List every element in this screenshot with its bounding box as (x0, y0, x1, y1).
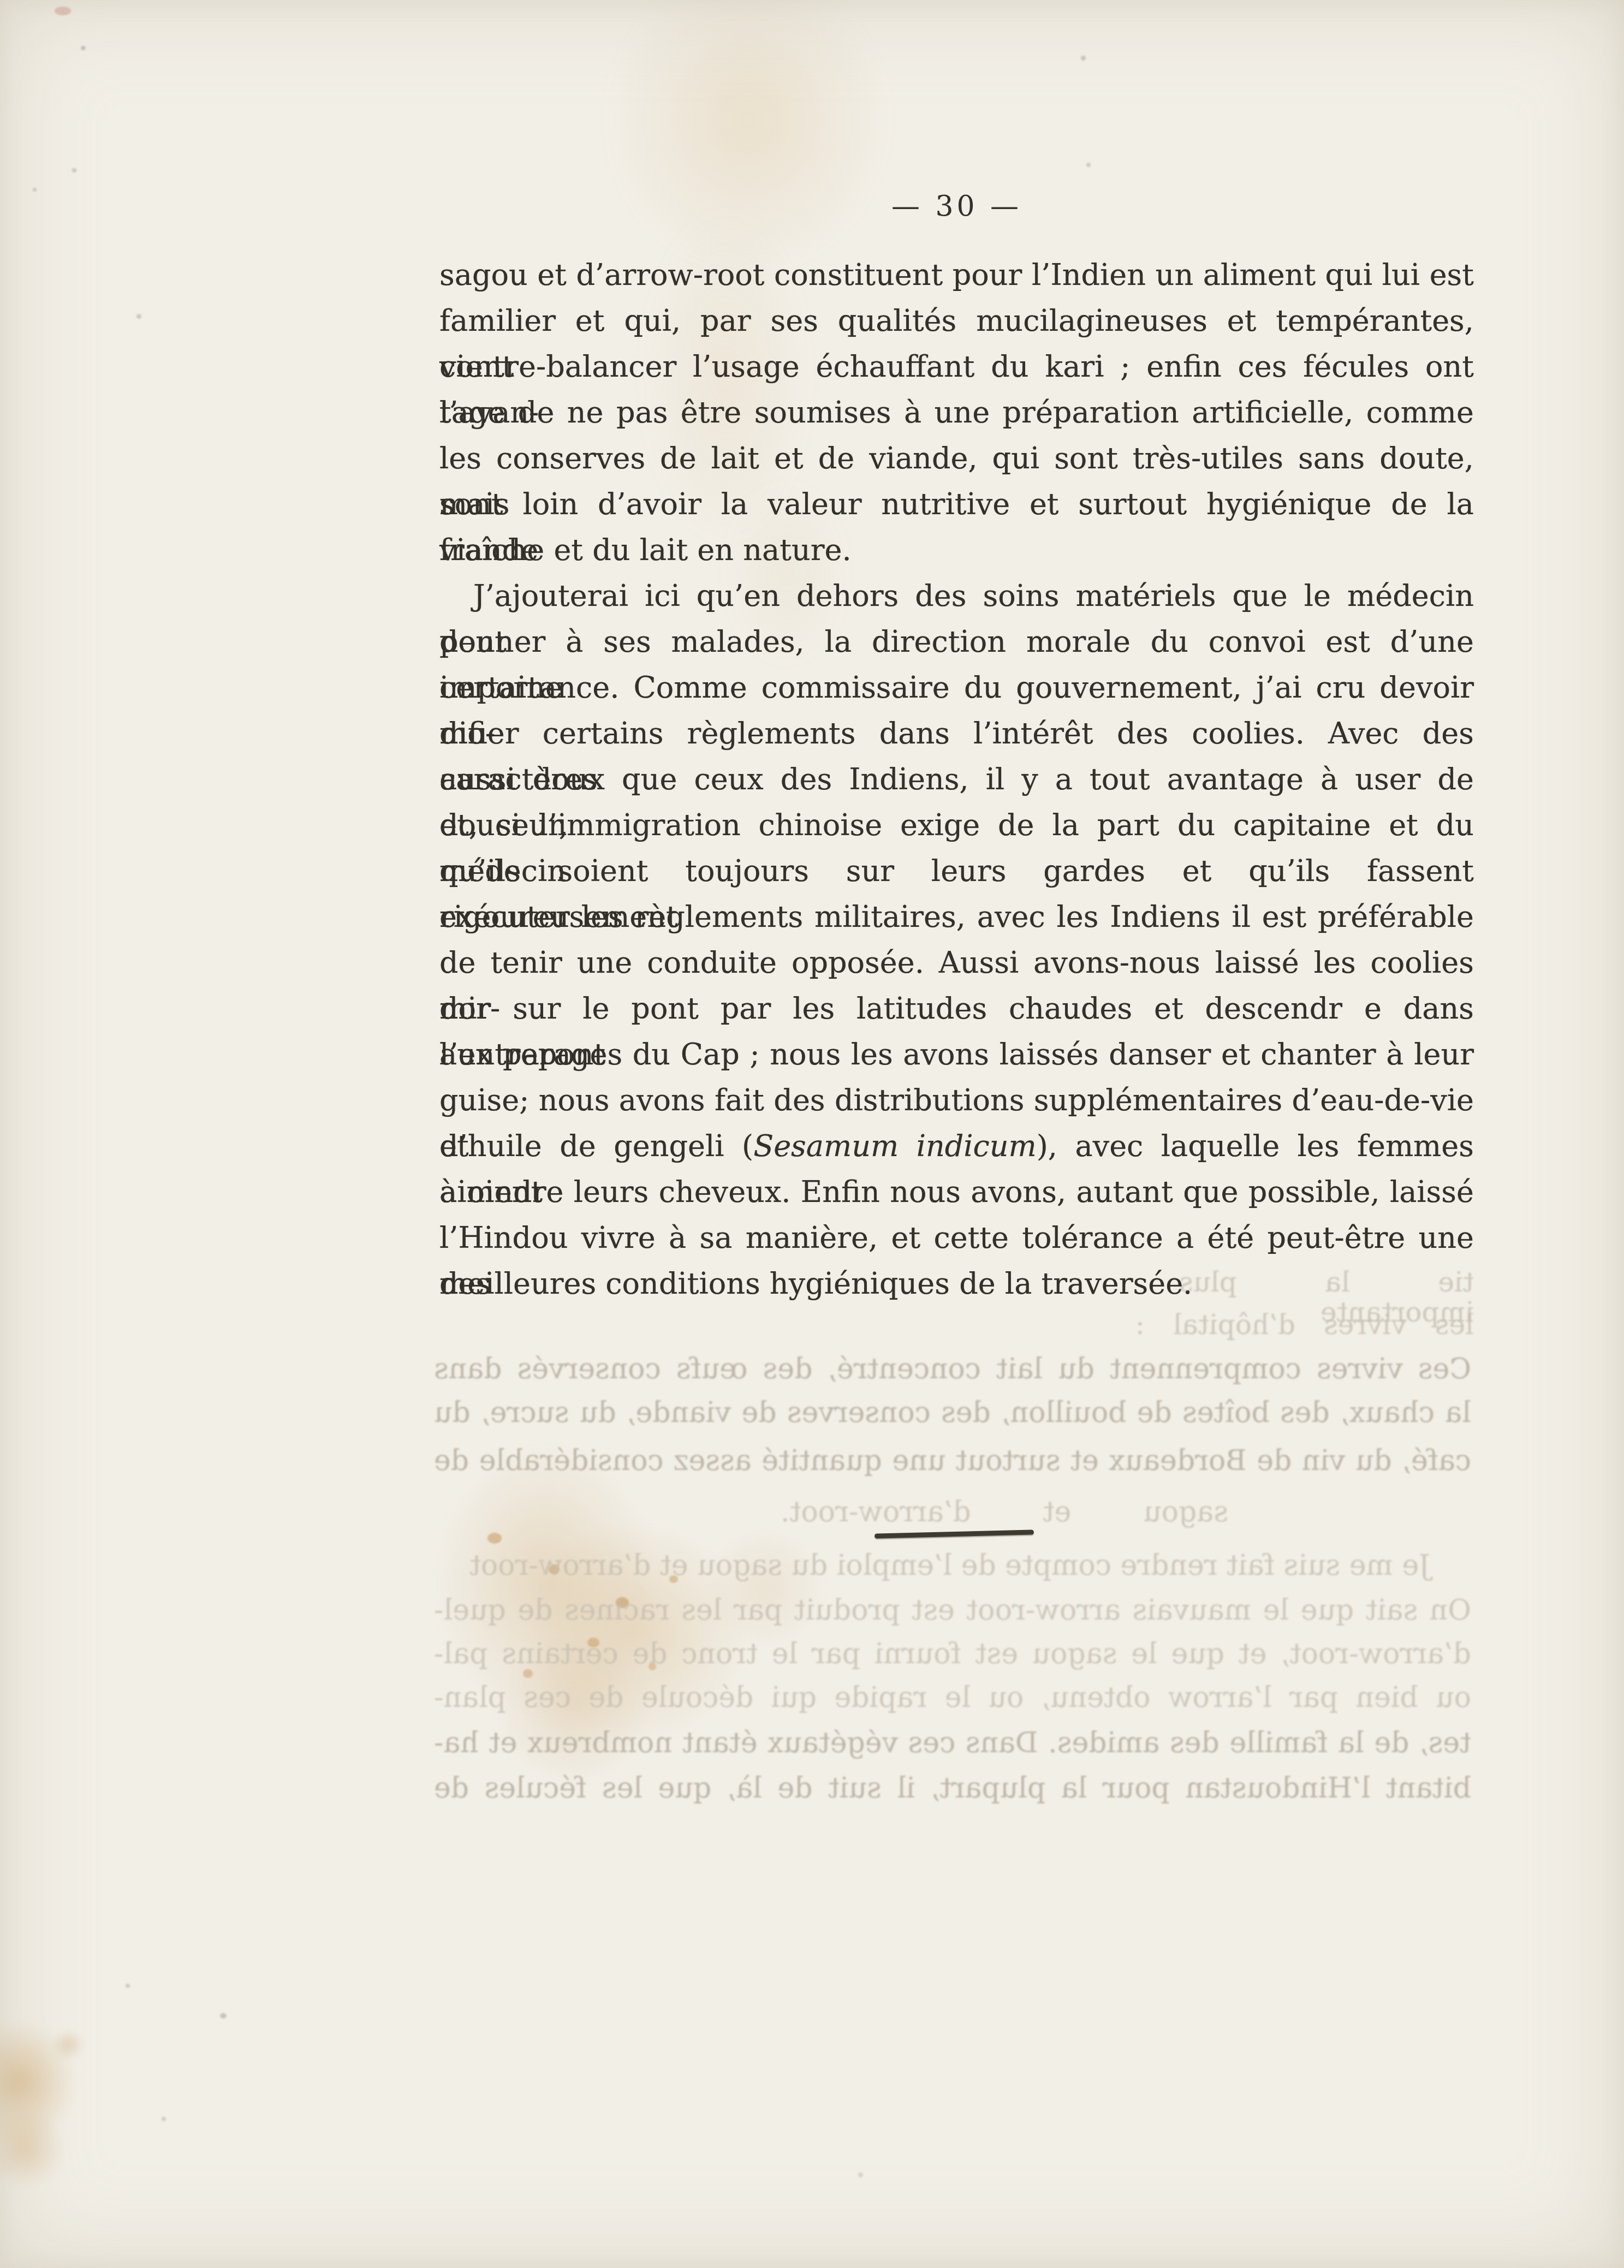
ghost-text-line: On sait que le mauvais arrow-root est pr… (434, 1595, 1471, 1626)
body-text-block: sagou et d’arrow-root constituent pour l… (439, 252, 1474, 1307)
foxing-cluster-blob (704, 1528, 824, 1648)
body-line: tage de ne pas être soumises à une prépa… (439, 390, 1474, 436)
foxing-cluster-blob (431, 1441, 661, 1725)
foxing-spot (587, 1638, 599, 1647)
body-line: qu’ils soient toujours sur leurs gardes … (439, 848, 1474, 894)
body-line: guise; nous avons fait des distributions… (439, 1078, 1474, 1123)
paragraph: sagou et d’arrow-root constituent pour l… (439, 252, 1474, 573)
body-line-segment: d’huile de gengeli ( (439, 1129, 753, 1163)
paper-speck (220, 2013, 227, 2019)
paper-speck (162, 2117, 166, 2121)
ghost-text-line: Ces vivres comprennent du lait concentré… (434, 1354, 1471, 1385)
stain-left-edge (52, 2029, 85, 2060)
page-number: — 30 — (439, 190, 1474, 223)
body-line: sont loin d’avoir la valeur nutritive et… (439, 481, 1474, 527)
body-line: J’ajouterai ici qu’en dehors des soins m… (439, 573, 1474, 619)
body-line: mir sur le pont par les latitudes chaude… (439, 986, 1474, 1032)
body-line: les conserves de lait et de viande, qui … (439, 436, 1474, 481)
body-line: d’huile de gengeli (Sesamum indicum), av… (439, 1123, 1474, 1169)
paper-speck (1086, 163, 1091, 167)
body-line: aussi doux que ceux des Indiens, il y a … (439, 757, 1474, 802)
ghost-text-line: café, du vin de Bordeaux et surtout une … (434, 1445, 1471, 1477)
body-line: meilleures conditions hygiéniques de la … (439, 1261, 1474, 1307)
scanned-book-page: tie la plus importanteles vivres d’hôpit… (0, 0, 1624, 2268)
body-line: sagou et d’arrow-root constituent pour l… (439, 252, 1474, 298)
paper-speck (81, 46, 86, 50)
stain-left-edge (0, 2020, 76, 2145)
foxing-cluster-blob (524, 1517, 753, 1747)
body-line: de tenir une conduite opposée. Aussi avo… (439, 940, 1474, 986)
foxing-spot (649, 1663, 656, 1670)
body-line: importance. Comme commissaire du gouvern… (439, 665, 1474, 711)
body-line: l’Hindou vivre à sa manière, et cette to… (439, 1215, 1474, 1261)
foxing-cluster-blob (491, 1632, 655, 1785)
body-line: donner à ses malades, la direction moral… (439, 619, 1474, 665)
foxing-spot (487, 1533, 502, 1544)
foxing-spot (523, 1669, 533, 1678)
paper-speck (136, 314, 141, 319)
ghost-text-line: la chaux, des boîtes de bouillon, des co… (434, 1397, 1471, 1428)
paper-speck (72, 168, 76, 172)
body-line: exécuter les règlements militaires, avec… (439, 894, 1474, 940)
foxing-spot (616, 1597, 629, 1608)
body-line: contre-balancer l’usage échauffant du ka… (439, 344, 1474, 390)
body-line: aux parages du Cap ; nous les avons lais… (439, 1032, 1474, 1078)
foxing-spot (549, 1564, 560, 1574)
paper-speck (1081, 56, 1086, 61)
ghost-text-line: sagou et d’arrow-root. (781, 1497, 1228, 1528)
ghost-text-line: ou bien par l’arrow obtenu, ou le rapide… (434, 1682, 1471, 1713)
ghost-text-line: d’arrow-root, et que le sagou est fourni… (434, 1639, 1471, 1670)
paper-speck (126, 1984, 130, 1988)
stain-left-edge (0, 2107, 66, 2189)
ghost-text-line: tes, de la famille des amides. Dans ces … (434, 1728, 1471, 1759)
foxing-spot (669, 1575, 678, 1583)
paragraph: J’ajouterai ici qu’en dehors des soins m… (439, 573, 1474, 1307)
body-line: à oindre leurs cheveux. Enfin nous avons… (439, 1169, 1474, 1215)
paper-speck (55, 7, 71, 15)
separator-rule (875, 1529, 1034, 1538)
paper-speck (858, 2172, 863, 2177)
stain-top-wash (606, 0, 890, 273)
ghost-text-line: Je me suis fait rendre compte de l’emplo… (469, 1550, 1430, 1581)
body-line: fraîche et du lait en nature. (439, 527, 1474, 573)
body-line: et, si l’immigration chinoise exige de l… (439, 802, 1474, 848)
body-line: familier et qui, par ses qualités mucila… (439, 298, 1474, 344)
ghost-text-line: les vivres d’hôpital : (1135, 1310, 1474, 1340)
paper-speck (33, 188, 37, 192)
ghost-text-line: bitant l’Hindoustan pour la plupart, il … (434, 1773, 1471, 1804)
body-line-segment: Sesamum indicum (753, 1129, 1037, 1163)
body-line: difier certains règlements dans l’intérê… (439, 711, 1474, 757)
